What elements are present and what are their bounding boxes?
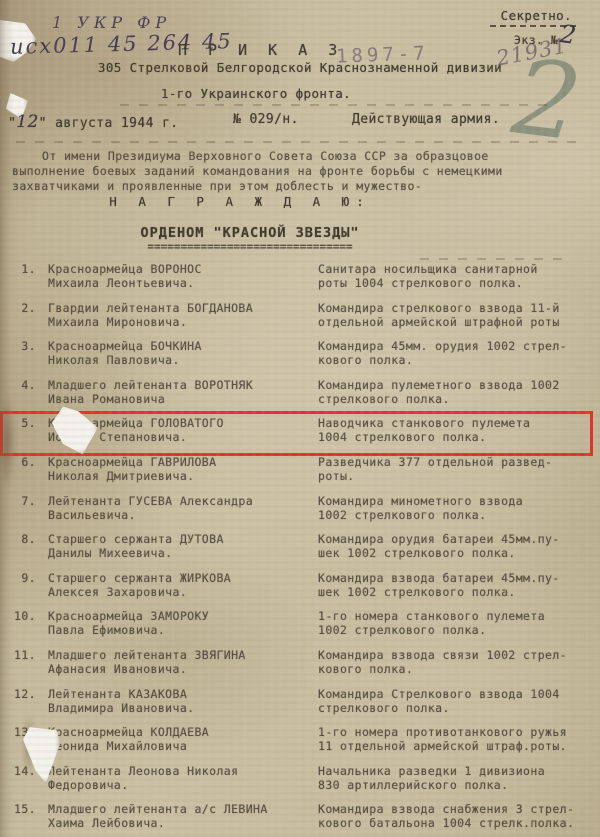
entry-name-line: Лейтенанта Леонова Николая	[48, 764, 310, 778]
entry-role-line: отдельной армейской штрафной роты	[318, 315, 596, 329]
entry-name-line: Красноармейца ЗАМОРОКУ	[48, 609, 310, 623]
entry-name-line: Старшего сержанта ДУТОВА	[48, 532, 310, 546]
award-order-title: ОРДЕНОМ "КРАСНОЙ ЗВЕЗДЫ"	[0, 225, 500, 241]
entry-name-line: Хаима Лейбовича.	[48, 816, 310, 830]
entry-name: Красноармейца БОЧКИНАНиколая Павловича.	[48, 339, 310, 367]
handwritten-day: 12	[16, 112, 38, 132]
entry-name-line: Красноармейца ГАВРИЛОВА	[48, 455, 310, 469]
entry-role-line: Санитара носильщика санитарной	[318, 262, 596, 276]
entry-role-line: роты 1004 стрелкового полка.	[318, 276, 596, 290]
entry-name-line: Гвардии лейтенанта БОГДАНОВА	[48, 301, 310, 315]
entry-role: Начальника разведки 1 дивизиона830 артил…	[318, 764, 596, 792]
entry-name-line: Павла Ефимовича.	[48, 623, 310, 637]
entry-name-line: Николая Павловича.	[48, 353, 310, 367]
entry-name: Младшего лейтенанта ВОРОТНЯКИвана Романо…	[48, 378, 310, 406]
entry-name: Гвардии лейтенанта БОГДАНОВАМихаила Миро…	[48, 301, 310, 329]
preamble-line: выполнение боевых заданий командования н…	[12, 164, 592, 179]
entry-name-line: Ивана Романовича	[48, 392, 310, 406]
entry-name: Младшего лейтенанта а/с ЛЕВИНАХаима Лейб…	[48, 802, 310, 830]
entry-name-line: Владимира Ивановича.	[48, 701, 310, 715]
entry-number: 10.	[10, 609, 36, 637]
entry-role-line: шек 1002 стрелкового полка.	[318, 585, 596, 599]
entry-role: Командира орудия батареи 45мм.пу-шек 100…	[318, 532, 596, 560]
entry-role-line: Начальника разведки 1 дивизиона	[318, 764, 596, 778]
entry-role: Разведчика 377 отдельной развед-роты.	[318, 455, 596, 483]
entry-name-line: Старшего сержанта ЖИРКОВА	[48, 571, 310, 585]
entry-name-line: Лейтенанта ГУСЕВА Александра	[48, 494, 310, 508]
entry-name-line: Николая Дмитриевича.	[48, 469, 310, 483]
entry-name-line: Младшего лейтенанта ВОРОТНЯК	[48, 378, 310, 392]
preamble-paragraph: От имени Президиума Верховного Совета Со…	[12, 149, 592, 194]
entry-name-line: Михаила Леонтьевича.	[48, 276, 310, 290]
award-entry: 12.Лейтенанта КАЗАКОВАВладимира Иванович…	[10, 687, 596, 715]
award-entry: 14.Лейтенанта Леонова НиколаяФедоровича.…	[10, 764, 596, 792]
entry-role-line: 830 артиллерийского полка.	[318, 778, 596, 792]
entry-role: 1-го номера станкового пулемета1002 стре…	[318, 609, 596, 637]
entry-role-line: 1-го номера станкового пулемета	[318, 609, 596, 623]
entry-role-line: Разведчика 377 отдельной развед-	[318, 455, 596, 469]
award-entry: 11.Младшего лейтенанта ЗВЯГИНААфанасия И…	[10, 648, 596, 676]
entry-role: Наводчика станкового пулемета1004 стрелк…	[318, 416, 596, 444]
entry-role-line: Командира стрелкового взвода 11-й	[318, 301, 596, 315]
entry-name-line: Младшего лейтенанта а/с ЛЕВИНА	[48, 802, 310, 816]
entry-role-line: 1-го номера противотанкового ружья	[318, 725, 596, 739]
entry-number: 9.	[10, 571, 36, 599]
award-entry: 1.Красноармейца ВОРОНОСМихаила Леонтьеви…	[10, 262, 596, 290]
entry-number: 11.	[10, 648, 36, 676]
entry-name-line: Федоровича.	[48, 778, 310, 792]
award-list: 1.Красноармейца ВОРОНОСМихаила Леонтьеви…	[10, 262, 596, 837]
award-verb: Н А Г Р А Ж Д А Ю:	[0, 194, 480, 209]
award-entry: 2.Гвардии лейтенанта БОГДАНОВАМихаила Ми…	[10, 301, 596, 329]
award-entry: 6.Красноармейца ГАВРИЛОВАНиколая Дмитрие…	[10, 455, 596, 483]
entry-number: 5.	[10, 416, 36, 444]
order-date: "12" августа 1944 г.	[8, 112, 179, 132]
entry-role-line: кового полка.	[318, 353, 596, 367]
entry-name-line: Лейтенанта КАЗАКОВА	[48, 687, 310, 701]
award-entry: 5.Красноармейца ГОЛОВАТОГОИосифа Степано…	[10, 416, 596, 444]
order-word: П Р И К А З	[178, 41, 343, 59]
scan-artifact-dashes	[16, 141, 576, 143]
entry-role: Командира пулеметного взвода 1002стрелко…	[318, 378, 596, 406]
active-army-note: Действующая армия.	[352, 112, 500, 127]
entry-number: 6.	[10, 455, 36, 483]
entry-name: Младшего лейтенанта ЗВЯГИНААфанасия Иван…	[48, 648, 310, 676]
entry-number: 14.	[10, 764, 36, 792]
entry-number: 15.	[10, 802, 36, 830]
entry-name-line: Леонида Михайловича	[48, 739, 310, 753]
entry-role: Командира Стрелкового взвода 1004стрелко…	[318, 687, 596, 715]
entry-name-line: Афанасия Ивановича.	[48, 662, 310, 676]
entry-role: 1-го номера противотанкового ружья11 отд…	[318, 725, 596, 753]
entry-name: Лейтенанта ГУСЕВА АлександраВасильевича.	[48, 494, 310, 522]
entry-role: Командира взвода снабжения 3 стрел-ковог…	[318, 802, 596, 830]
award-entry: 10.Красноармейца ЗАМОРОКУПавла Ефимовича…	[10, 609, 596, 637]
entry-role-line: Командира пулеметного взвода 1002	[318, 378, 596, 392]
entry-name-line: Данилы Михеевича.	[48, 546, 310, 560]
entry-name: Красноармейца КОЛДАЕВАЛеонида Михайлович…	[48, 725, 310, 753]
entry-role-line: 11 отдельной армейской штраф.роты.	[318, 739, 596, 753]
entry-name: Старшего сержанта ДУТОВАДанилы Михеевича…	[48, 532, 310, 560]
entry-number: 7.	[10, 494, 36, 522]
entry-role-line: Командира Стрелкового взвода 1004	[318, 687, 596, 701]
entry-role-line: 1004 стрелкового полка.	[318, 430, 596, 444]
scan-artifact-dashes	[120, 104, 550, 106]
entry-name-line: Васильевича.	[48, 508, 310, 522]
entry-role-line: стрелкового полка.	[318, 701, 596, 715]
entry-role-line: Командира 45мм. орудия 1002 стрел-	[318, 339, 596, 353]
entry-role-line: кового полка.	[318, 662, 596, 676]
entry-name-line: Красноармейца ВОРОНОС	[48, 262, 310, 276]
preamble-line: захватчиками и проявленные при этом добл…	[12, 179, 592, 194]
entry-role: Командира стрелкового взвода 11-йотдельн…	[318, 301, 596, 329]
entry-name-line: Михаила Мироновича.	[48, 315, 310, 329]
entry-name-line: Красноармейца БОЧКИНА	[48, 339, 310, 353]
entry-role-line: Командира взвода снабжения 3 стрел-	[318, 802, 596, 816]
award-entry: 7.Лейтенанта ГУСЕВА АлександраВасильевич…	[10, 494, 596, 522]
entry-role: Командира минометного взвода1002 стрелко…	[318, 494, 596, 522]
scanned-document-page: 1 УКР ФР исх011 45 264 45 П Р И К А З Се…	[0, 0, 600, 837]
entry-number: 8.	[10, 532, 36, 560]
handwritten-note-ukr-fr: 1 УКР ФР	[52, 13, 171, 32]
award-title-underline: ===============================	[0, 240, 500, 253]
award-entry: 8.Старшего сержанта ДУТОВАДанилы Михееви…	[10, 532, 596, 560]
entry-name: Лейтенанта Леонова НиколаяФедоровича.	[48, 764, 310, 792]
award-entry: 13.Красноармейца КОЛДАЕВАЛеонида Михайло…	[10, 725, 596, 753]
award-entry: 15.Младшего лейтенанта а/с ЛЕВИНАХаима Л…	[10, 802, 596, 830]
entry-role-line: 1002 стрелкового полка.	[318, 623, 596, 637]
entry-role-line: стрелкового полка.	[318, 392, 596, 406]
entry-name: Старшего сержанта ЖИРКОВААлексея Захаров…	[48, 571, 310, 599]
entry-role-line: шек 1002 стрелкового полка.	[318, 546, 596, 560]
entry-number: 4.	[10, 378, 36, 406]
entry-name-line: Младшего лейтенанта ЗВЯГИНА	[48, 648, 310, 662]
award-entry: 4.Младшего лейтенанта ВОРОТНЯКИвана Рома…	[10, 378, 596, 406]
award-entry: 9.Старшего сержанта ЖИРКОВААлексея Захар…	[10, 571, 596, 599]
entry-role: Санитара носильщика санитарнойроты 1004 …	[318, 262, 596, 290]
entry-role-line: роты.	[318, 469, 596, 483]
entry-role-line: Командира орудия батареи 45мм.пу-	[318, 532, 596, 546]
entry-name: Красноармейца ВОРОНОСМихаила Леонтьевича…	[48, 262, 310, 290]
entry-number: 1.	[10, 262, 36, 290]
entry-number: 12.	[10, 687, 36, 715]
scan-artifact-dashes	[420, 258, 570, 260]
entry-role: Командира 45мм. орудия 1002 стрел-кового…	[318, 339, 596, 367]
entry-role: Командира взвода связи 1002 стрел-кового…	[318, 648, 596, 676]
entry-role-line: Командира взвода батареи 45мм.пу-	[318, 571, 596, 585]
entry-name: Лейтенанта КАЗАКОВАВладимира Ивановича.	[48, 687, 310, 715]
entry-number: 3.	[10, 339, 36, 367]
award-entry: 3.Красноармейца БОЧКИНАНиколая Павловича…	[10, 339, 596, 367]
entry-name-line: Красноармейца КОЛДАЕВА	[48, 725, 310, 739]
entry-name-line: Алексея Захаровича.	[48, 585, 310, 599]
entry-name: Красноармейца ЗАМОРОКУПавла Ефимовича.	[48, 609, 310, 637]
order-number: № 029/н.	[233, 112, 299, 127]
preamble-line: От имени Президиума Верховного Совета Со…	[12, 149, 592, 164]
entry-number: 2.	[10, 301, 36, 329]
entry-role-line: Командира взвода связи 1002 стрел-	[318, 648, 596, 662]
entry-role-line: Наводчика станкового пулемета	[318, 416, 596, 430]
entry-role-line: кового батальона 1004 стрелк.полка.	[318, 816, 596, 830]
entry-role-line: Командира минометного взвода	[318, 494, 596, 508]
entry-name: Красноармейца ГАВРИЛОВАНиколая Дмитриеви…	[48, 455, 310, 483]
entry-role: Командира взвода батареи 45мм.пу-шек 100…	[318, 571, 596, 599]
front-title: 1-го Украинского фронта.	[0, 86, 512, 101]
division-title: 305 Стрелковой Белгородской Краснознамен…	[0, 60, 600, 75]
entry-role-line: 1002 стрелкового полка.	[318, 508, 596, 522]
